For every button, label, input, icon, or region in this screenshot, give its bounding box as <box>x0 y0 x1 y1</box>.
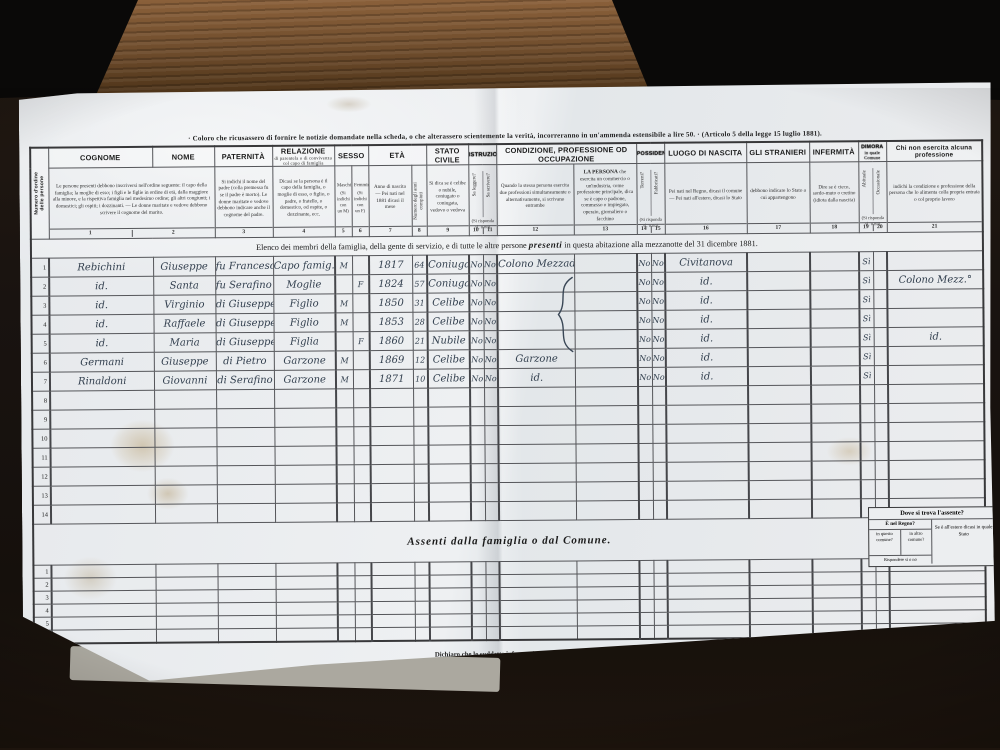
cell-abit: Sì <box>860 347 874 366</box>
cell-cognome <box>52 603 156 617</box>
cell-m <box>338 576 355 589</box>
col-possidenza: POSSIDENZA <box>636 143 664 164</box>
cell-chi <box>888 365 984 385</box>
cell-relazione <box>276 589 338 602</box>
cell-scr <box>486 614 500 627</box>
cell-nome <box>156 590 218 603</box>
stranieri-desc-cell: debbono indicare lo Stato a cui apparten… <box>746 162 810 233</box>
cell-m: M <box>335 313 352 332</box>
declaration-line: Dichiaro che le suddette informazioni so… <box>31 641 981 664</box>
cell-cond: Colono Mezzadro <box>497 254 574 274</box>
cell-relazione <box>275 484 337 503</box>
cell-nome <box>156 603 218 616</box>
cell-luogo: id. <box>665 310 747 330</box>
abituale-half: Abituale <box>859 168 872 214</box>
cell-luogo <box>667 443 749 463</box>
regno-questions: in questo comune? in altro comune? <box>869 530 931 555</box>
fabbricati-label: Fabbricati? <box>655 171 661 194</box>
relazione-desc: Dicasi se la persona è il capo della fam… <box>273 175 334 228</box>
cell-cognome: Germani <box>50 352 154 372</box>
cell-ter <box>639 462 653 481</box>
cell-chi <box>889 441 985 461</box>
cell-cond <box>500 600 577 614</box>
cell-abit <box>862 624 876 638</box>
column-numbers-14-15: 1415 <box>637 224 664 234</box>
cell-chi <box>888 384 984 404</box>
cell-anno <box>370 426 413 445</box>
cell-occ <box>875 442 889 461</box>
cell-leg <box>472 627 486 641</box>
cell-f: F <box>353 332 370 351</box>
cell-nome <box>154 409 216 428</box>
cell-cond <box>500 613 577 627</box>
cell-pers <box>575 330 638 349</box>
cell-leg <box>470 388 484 407</box>
row-number: 7 <box>32 372 50 391</box>
row-number: 13 <box>33 486 51 505</box>
cell-f <box>354 503 371 522</box>
cell-f <box>353 446 370 465</box>
cell-luogo <box>666 405 748 425</box>
cell-anno <box>371 562 414 575</box>
row-number: 6 <box>32 353 50 372</box>
cell-pers <box>575 349 638 368</box>
cell-ter <box>640 612 654 625</box>
cell-abit <box>861 442 875 461</box>
cell-fab: No <box>651 272 665 291</box>
cell-occ <box>874 347 888 366</box>
cell-fab: No <box>652 367 666 386</box>
cell-ter: No <box>638 367 652 386</box>
cell-stran <box>749 442 812 461</box>
cell-anni <box>413 445 428 464</box>
cell-stato <box>430 588 472 601</box>
sesso-maschile-cell: Maschile(Si indichi con un M) 5 <box>334 166 352 237</box>
cell-pers <box>577 613 640 626</box>
cell-fab <box>652 424 666 443</box>
cell-abit <box>860 385 874 404</box>
cell-relazione: Figlia <box>274 332 336 351</box>
cell-luogo: id. <box>665 272 747 292</box>
cell-scr <box>484 388 498 407</box>
cell-abit <box>862 572 876 585</box>
col-cognome: COGNOME <box>48 147 152 168</box>
cell-stato: Celibe <box>428 350 470 369</box>
cell-anno: 1860 <box>370 331 413 350</box>
cell-chi <box>890 571 986 585</box>
dimora-label: DIMORA <box>859 144 886 150</box>
cell-fab <box>654 625 668 639</box>
cell-occ <box>874 366 888 385</box>
cell-stato: Coniugata <box>427 274 469 293</box>
cell-occ <box>875 461 889 480</box>
cell-chi <box>890 610 986 624</box>
relazione-sublabel: di parentela o di convivenza col capo di… <box>273 155 334 166</box>
cell-fab: No <box>652 348 666 367</box>
cell-relazione <box>275 503 337 522</box>
cell-chi <box>887 308 983 328</box>
cell-relazione: Garzone <box>274 351 336 370</box>
cell-leg <box>472 588 486 601</box>
cell-cognome <box>51 466 155 486</box>
cell-stran <box>748 423 811 442</box>
cell-luogo <box>668 586 750 600</box>
row-number: 1 <box>31 258 49 277</box>
cell-nome: Giuseppe <box>153 257 215 276</box>
cell-anno: 1853 <box>369 312 412 331</box>
cell-abit: Sì <box>859 309 873 328</box>
cell-f: F <box>352 275 369 294</box>
cell-chi <box>888 346 984 366</box>
cell-leg <box>472 575 486 588</box>
cell-f <box>353 427 370 446</box>
cell-scr: No <box>483 293 497 312</box>
cell-anno <box>371 502 414 521</box>
column-number-9: 9 <box>427 225 468 235</box>
cell-f <box>352 256 369 275</box>
cell-scr: No <box>484 350 498 369</box>
cell-inf <box>813 598 862 611</box>
cell-cond <box>497 273 574 293</box>
cell-ter <box>639 500 653 519</box>
dimora-sublabel: in quale Comune <box>859 150 886 160</box>
row-number: 6 <box>34 630 52 644</box>
chi-non-desc: indichi la condizione e professione dell… <box>887 180 982 214</box>
stato-civile-desc: Si dica se è celibe o nubile, coniugato … <box>427 177 468 223</box>
cell-stran <box>747 290 810 309</box>
cell-occ <box>873 252 887 271</box>
cell-cond <box>498 406 575 426</box>
row-number: 2 <box>31 277 49 296</box>
dimora-cell: Abituale Occasionale (Si risponda sì, o … <box>858 162 887 233</box>
cell-ter: No <box>637 253 651 272</box>
luogo-desc-cell: Pei nati nel Regno, dicasi il comune — P… <box>664 163 747 235</box>
col-infermita: INFERMITÀ <box>809 141 858 162</box>
cell-stato <box>428 426 470 445</box>
column-number-21: 21 <box>887 221 982 232</box>
cell-anno: 1871 <box>370 369 413 388</box>
cell-m <box>335 275 352 294</box>
row-number: 4 <box>34 604 52 617</box>
cell-cognome <box>50 390 154 410</box>
head-of-family-signature: Rinaldi Giovanni Comun. <box>797 641 982 663</box>
cell-abit: Sì <box>860 366 874 385</box>
cell-stato <box>429 445 471 464</box>
census-paper: · Coloro che ricusassero di fornire le n… <box>19 82 996 682</box>
col-nome: NOME <box>152 146 214 167</box>
cell-paternita <box>216 427 274 446</box>
cell-relazione <box>275 465 337 484</box>
cell-paternita <box>216 408 274 427</box>
cell-leg <box>470 407 484 426</box>
cell-anni <box>413 407 428 426</box>
cell-pers <box>577 574 640 587</box>
col-stranieri: GLI STRANIERI <box>746 142 809 163</box>
cell-luogo <box>668 612 750 626</box>
cell-m <box>336 389 353 408</box>
stato-civile-desc-cell: Si dica se è celibe o nubile, coniugato … <box>426 165 469 236</box>
cell-leg: No <box>470 369 484 388</box>
cell-cond: Garzone <box>498 349 575 369</box>
cell-fab <box>653 443 667 462</box>
cell-paternita <box>218 628 276 642</box>
cell-cognome: id. <box>50 333 154 353</box>
la-persona-cell: LA PERSONA che esercita un commercio o u… <box>573 164 637 235</box>
cell-scr: No <box>483 255 497 274</box>
cell-cond <box>497 292 574 312</box>
header-desc-row: Le persone presenti debbono inscriversi … <box>30 161 983 239</box>
cell-relazione: Capo famig. <box>273 256 335 275</box>
istruzione-pair: Sa leggere? Sa scrivere? <box>469 171 496 217</box>
femmina-desc: Femmina(Si indichi con un F) <box>352 179 368 224</box>
elenco-post: in questa abitazione alla mezzanotte del… <box>564 239 758 250</box>
cell-stran <box>750 611 813 624</box>
cell-m <box>336 427 353 446</box>
cell-pers <box>574 311 637 330</box>
row-number: 8 <box>32 391 50 410</box>
column-number-13: 13 <box>574 224 636 234</box>
cell-nome <box>154 428 216 447</box>
cell-ter <box>640 586 654 599</box>
cell-stato <box>429 483 471 502</box>
cell-pers <box>577 587 640 600</box>
cell-cond <box>498 330 575 350</box>
cell-stran <box>749 480 812 499</box>
col-stato-civile: STATO CIVILE <box>426 144 468 165</box>
cell-abit <box>860 404 874 423</box>
cell-scr <box>486 588 500 601</box>
column-number-12: 12 <box>497 225 573 236</box>
cell-pers <box>575 368 638 387</box>
column-number-17: 17 <box>747 223 809 233</box>
anno-nascita-desc: Anno di nascita — Pei nati nel 1881 dica… <box>369 181 411 221</box>
cell-m <box>336 332 353 351</box>
cell-cond <box>499 501 576 521</box>
cell-paternita: di Giuseppe <box>215 294 273 313</box>
cell-chi <box>887 289 983 309</box>
cell-occ <box>873 309 887 328</box>
column-number-3: 3 <box>215 227 272 237</box>
altro-comune-label: in altro comune? <box>900 530 932 555</box>
cell-cognome: id. <box>49 276 153 296</box>
cell-abit: Sì <box>859 290 873 309</box>
column-number-18: 18 <box>810 222 858 232</box>
col-condizione: CONDIZIONE, PROFESSIONE OD OCCUPAZIONE <box>496 143 636 165</box>
cell-m: M <box>336 351 353 370</box>
cell-inf <box>813 624 862 638</box>
cell-occ <box>874 423 888 442</box>
cell-anno: 1869 <box>370 350 413 369</box>
cell-cond <box>497 311 574 331</box>
cell-pers <box>576 501 639 520</box>
cell-paternita <box>218 576 276 589</box>
cell-luogo: id. <box>666 367 748 387</box>
cell-stato <box>430 627 472 641</box>
cognome-nome-desc-cell: Le persone presenti debbono inscriversi … <box>48 167 215 239</box>
cell-ter <box>639 481 653 500</box>
cell-nome: Virginio <box>153 295 215 314</box>
cell-paternita: di Giuseppe <box>216 332 274 351</box>
regno-label: È nel Regno? <box>869 520 931 530</box>
stranieri-desc: debbono indicare lo Stato a cui apparten… <box>747 185 809 212</box>
abituale-label: Abituale <box>863 170 869 187</box>
cell-stato <box>428 407 470 426</box>
cell-occ <box>876 598 890 611</box>
cell-relazione: Moglie <box>273 275 335 294</box>
cell-m: M <box>335 256 352 275</box>
cell-inf <box>813 585 862 598</box>
anni-compiuti-cell: Numero degli anni compiuti 8 <box>411 165 427 236</box>
cell-m <box>337 503 354 522</box>
cell-nome <box>156 629 218 643</box>
cell-f <box>354 484 371 503</box>
cell-leg <box>471 483 485 502</box>
cell-anni: 57 <box>412 274 427 293</box>
sa-scrivere-label: Sa scrivere? <box>487 173 493 197</box>
cell-cognome <box>51 564 155 578</box>
occasionale-label: Occasionale <box>877 170 883 194</box>
cell-nome: Giuseppe <box>154 352 216 371</box>
sesso-femmina-cell: Femmina(Si indichi con un F) 6 <box>351 166 369 237</box>
cell-inf <box>811 328 860 347</box>
cell-scr <box>486 575 500 588</box>
cell-stato: Nubile <box>428 331 470 350</box>
cell-inf <box>812 461 861 480</box>
row-number: 1 <box>33 565 51 578</box>
cell-anni <box>414 464 429 483</box>
cell-f <box>355 628 372 642</box>
cell-luogo <box>666 424 748 444</box>
cell-luogo: Civitanova <box>665 253 747 273</box>
cell-scr <box>485 502 499 521</box>
cell-chi <box>889 460 985 480</box>
cell-pers <box>577 600 640 613</box>
anno-nascita-cell: Anno di nascita — Pei nati nel 1881 dica… <box>368 165 412 236</box>
cell-stato <box>429 502 471 521</box>
cell-paternita <box>217 503 275 522</box>
cell-anno <box>371 483 414 502</box>
cell-f <box>353 408 370 427</box>
cell-ter <box>639 443 653 462</box>
chi-non-desc-cell: indichi la condizione e professione dell… <box>886 161 983 233</box>
col-numero-ordine: Numero d'ordine delle persone <box>30 148 49 240</box>
col-num-1: 1 <box>49 230 131 238</box>
cell-occ <box>874 404 888 423</box>
cell-nome <box>156 577 218 590</box>
dove-box-grid: È nel Regno? in questo comune? in altro … <box>869 519 995 564</box>
cell-inf <box>812 559 861 572</box>
row-number: 11 <box>33 448 51 467</box>
cell-relazione <box>274 389 336 408</box>
cell-f <box>354 465 371 484</box>
cell-stran <box>749 461 812 480</box>
cell-pers <box>576 444 639 463</box>
cell-anni: 31 <box>412 293 427 312</box>
questo-comune-label: in questo comune? <box>869 530 900 555</box>
sa-leggere-half: Sa leggere? <box>469 171 482 217</box>
cell-leg: No <box>469 274 483 293</box>
cell-anno <box>372 627 415 641</box>
cell-abit <box>862 611 876 624</box>
cell-anni <box>415 627 430 641</box>
relazione-desc-cell: Dicasi se la persona è il capo della fam… <box>272 166 335 237</box>
dimora-pair: Abituale Occasionale <box>859 168 886 214</box>
cell-paternita: fu Francesco <box>215 256 273 275</box>
cell-luogo <box>668 599 750 613</box>
cell-f <box>353 389 370 408</box>
cell-relazione <box>276 628 338 642</box>
cell-leg <box>470 426 484 445</box>
cell-f <box>355 602 372 615</box>
cell-pers <box>577 626 640 640</box>
cell-fab <box>652 386 666 405</box>
cell-anni <box>415 588 430 601</box>
col-sesso: SESSO <box>334 145 368 166</box>
cell-cond <box>499 444 576 464</box>
cell-fab: No <box>651 253 665 272</box>
cell-anno <box>370 407 413 426</box>
cell-stran <box>750 585 813 598</box>
cell-f <box>353 370 370 389</box>
cell-luogo: id. <box>665 291 747 311</box>
cell-ter <box>640 625 654 639</box>
cell-paternita: di Giuseppe <box>215 313 273 332</box>
row-number: 5 <box>34 617 52 630</box>
cell-anni <box>414 562 429 575</box>
absent-body: 123456 <box>33 558 986 644</box>
column-number-8: 8 <box>412 226 426 236</box>
cell-luogo <box>667 500 749 520</box>
cell-fab <box>653 481 667 500</box>
cell-scr <box>485 445 499 464</box>
col-istruzione: ISTRUZIONE <box>468 144 496 165</box>
fabbricati-half: Fabbricati? <box>650 169 664 215</box>
cell-inf <box>812 480 861 499</box>
sa-leggere-label: Sa leggere? <box>472 173 478 196</box>
cell-fab <box>653 462 667 481</box>
cell-paternita <box>217 563 275 576</box>
cell-nome <box>155 447 217 466</box>
cell-stran <box>748 366 811 385</box>
istruzione-cell: Sa leggere? Sa scrivere? (Si risponda sì… <box>468 165 497 236</box>
cell-anno: 1817 <box>369 255 412 274</box>
column-number-16: 16 <box>665 223 746 234</box>
cell-stran <box>747 271 810 290</box>
cell-stran <box>747 309 810 328</box>
col-dimora: DIMORAin quale Comune <box>858 141 886 162</box>
cell-paternita <box>218 589 276 602</box>
cell-inf <box>813 611 862 624</box>
cell-abit <box>861 480 875 499</box>
col-eta: ETÀ <box>368 145 426 166</box>
cell-nome: Giovanni <box>154 371 216 390</box>
cell-pers <box>576 561 639 574</box>
cell-leg: No <box>470 331 484 350</box>
cell-anni: 12 <box>413 350 428 369</box>
cell-nome <box>155 485 217 504</box>
cell-stato <box>429 464 471 483</box>
cell-anni: 21 <box>413 331 428 350</box>
luogo-desc: Pei nati nel Regno, dicasi il comune — P… <box>665 185 746 212</box>
cell-pers <box>576 463 639 482</box>
cell-cognome <box>52 590 156 604</box>
cell-fab <box>653 500 667 519</box>
cell-m <box>337 484 354 503</box>
cell-nome: Raffaele <box>153 314 215 333</box>
cell-f <box>354 563 371 576</box>
cell-luogo <box>667 481 749 501</box>
cell-m <box>338 602 355 615</box>
